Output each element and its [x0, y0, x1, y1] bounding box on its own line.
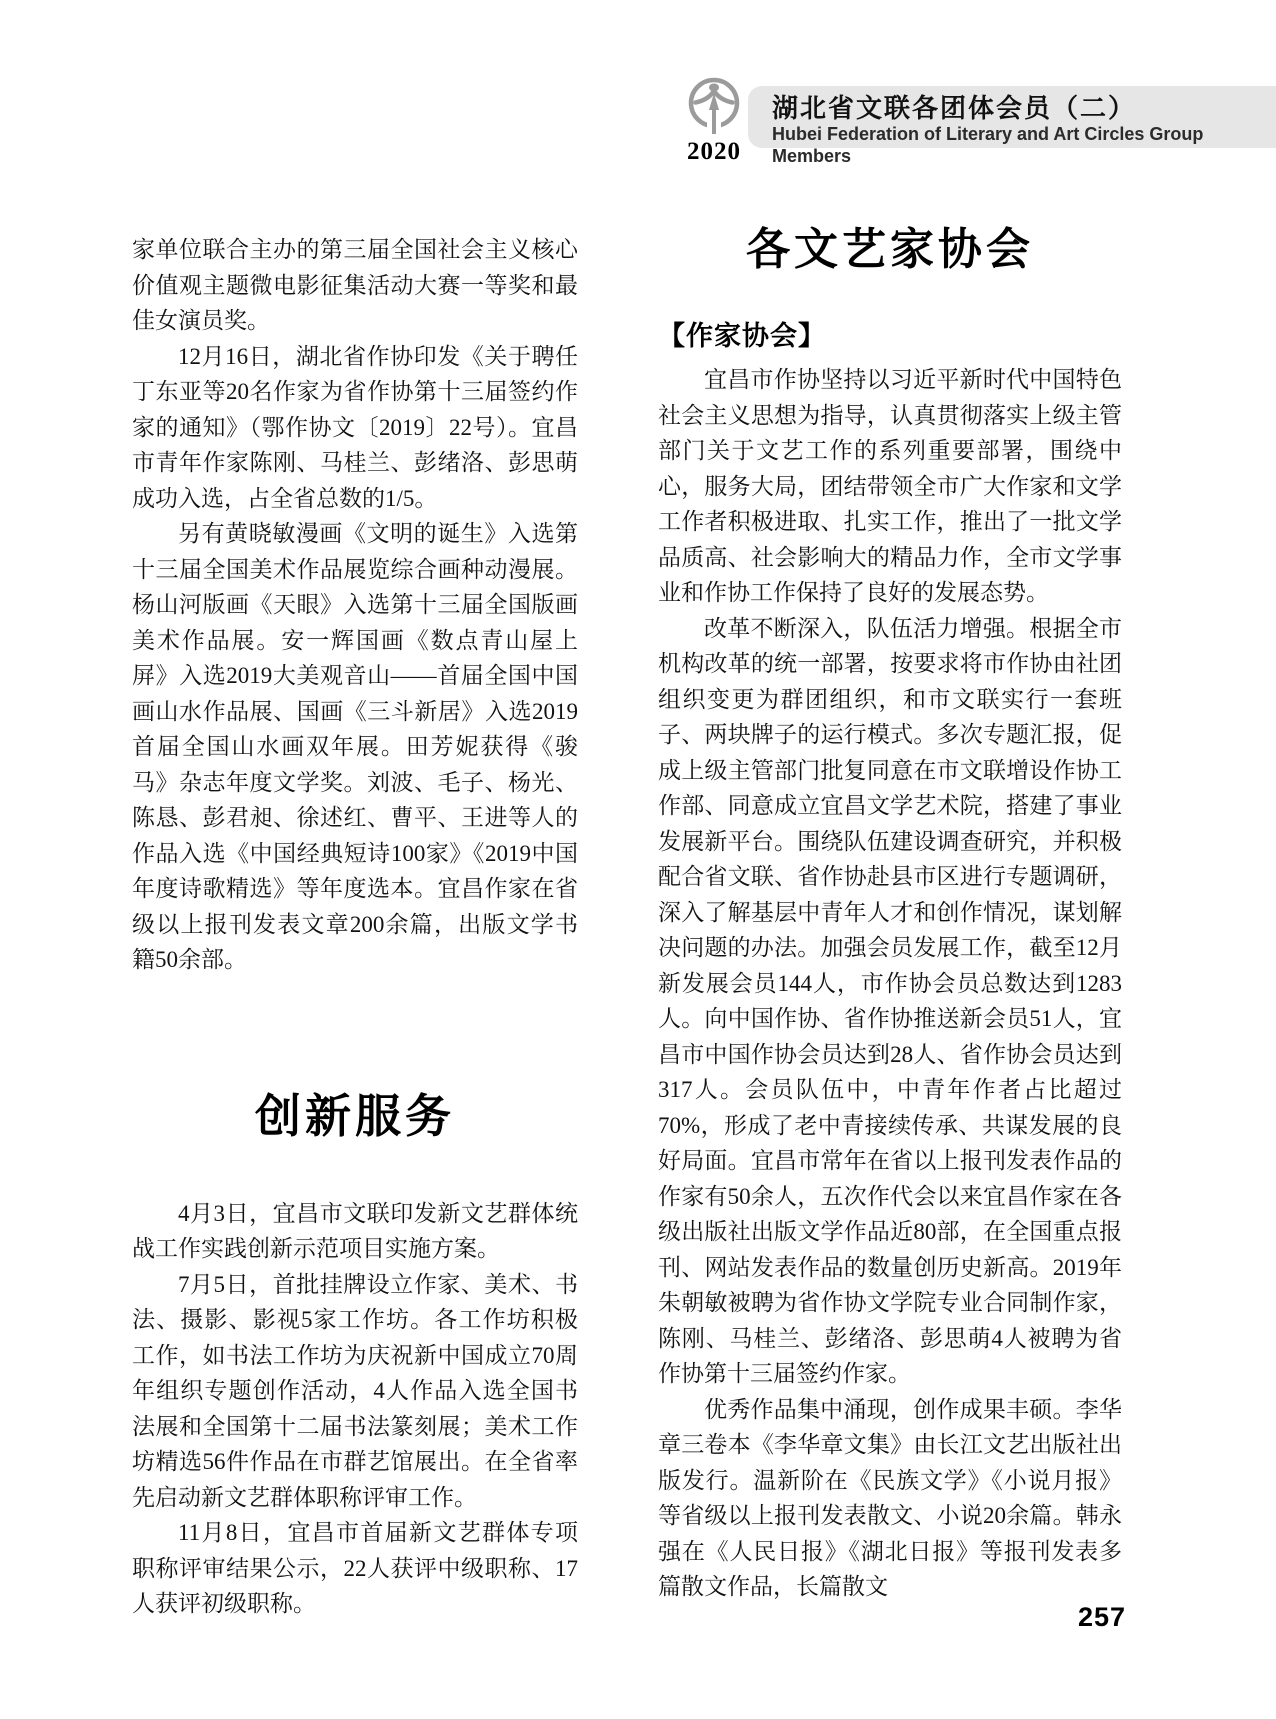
yearbook-page: 2020 湖北省文联各团体会员（二） Hubei Federation of L…	[0, 0, 1276, 1719]
logo-year: 2020	[684, 139, 744, 164]
page-number: 257	[1078, 1602, 1126, 1633]
paragraph: 另有黄晓敏漫画《文明的诞生》入选第十三届全国美术作品展览综合画种动漫展。杨山河版…	[132, 516, 578, 978]
paragraph-continuation: 家单位联合主办的第三届全国社会主义核心价值观主题微电影征集活动大赛一等奖和最佳女…	[132, 232, 578, 339]
section-heading-innovation-service: 创新服务	[132, 1090, 578, 1142]
federation-logo-block: 2020	[684, 76, 744, 164]
paragraph: 12月16日，湖北省作协印发《关于聘任丁东亚等20名作家为省作协第十三届签约作家…	[132, 339, 578, 517]
paragraph: 4月3日，宜昌市文联印发新文艺群体统战工作实践创新示范项目实施方案。	[132, 1196, 578, 1267]
chapter-title-english: Hubei Federation of Literary and Art Cir…	[772, 123, 1276, 167]
chapter-header-band: 湖北省文联各团体会员（二） Hubei Federation of Litera…	[748, 86, 1276, 148]
chapter-title-chinese: 湖北省文联各团体会员（二）	[772, 93, 1276, 123]
right-column: 各文艺家协会 【作家协会】 宜昌市作协坚持以习近平新时代中国特色社会主义思想为指…	[658, 224, 1122, 1605]
paragraph: 11月8日，宜昌市首届新文艺群体专项职称评审结果公示，22人获评中级职称、17人…	[132, 1515, 578, 1622]
paragraph: 7月5日，首批挂牌设立作家、美术、书法、摄影、影视5家工作坊。各工作坊积极工作，…	[132, 1267, 578, 1516]
section-heading-art-associations: 各文艺家协会	[658, 224, 1122, 276]
left-column: 家单位联合主办的第三届全国社会主义核心价值观主题微电影征集活动大赛一等奖和最佳女…	[132, 232, 578, 1622]
paragraph: 优秀作品集中涌现，创作成果丰硕。李华章三卷本《李华章文集》由长江文艺出版社出版发…	[658, 1392, 1122, 1605]
paragraph: 改革不断深入，队伍活力增强。根据全市机构改革的统一部署，按要求将市作协由社团组织…	[658, 611, 1122, 1392]
paragraph: 宜昌市作协坚持以习近平新时代中国特色社会主义思想为指导，认真贯彻落实上级主管部门…	[658, 362, 1122, 611]
subsection-heading-writers-association: 【作家协会】	[658, 318, 1122, 354]
